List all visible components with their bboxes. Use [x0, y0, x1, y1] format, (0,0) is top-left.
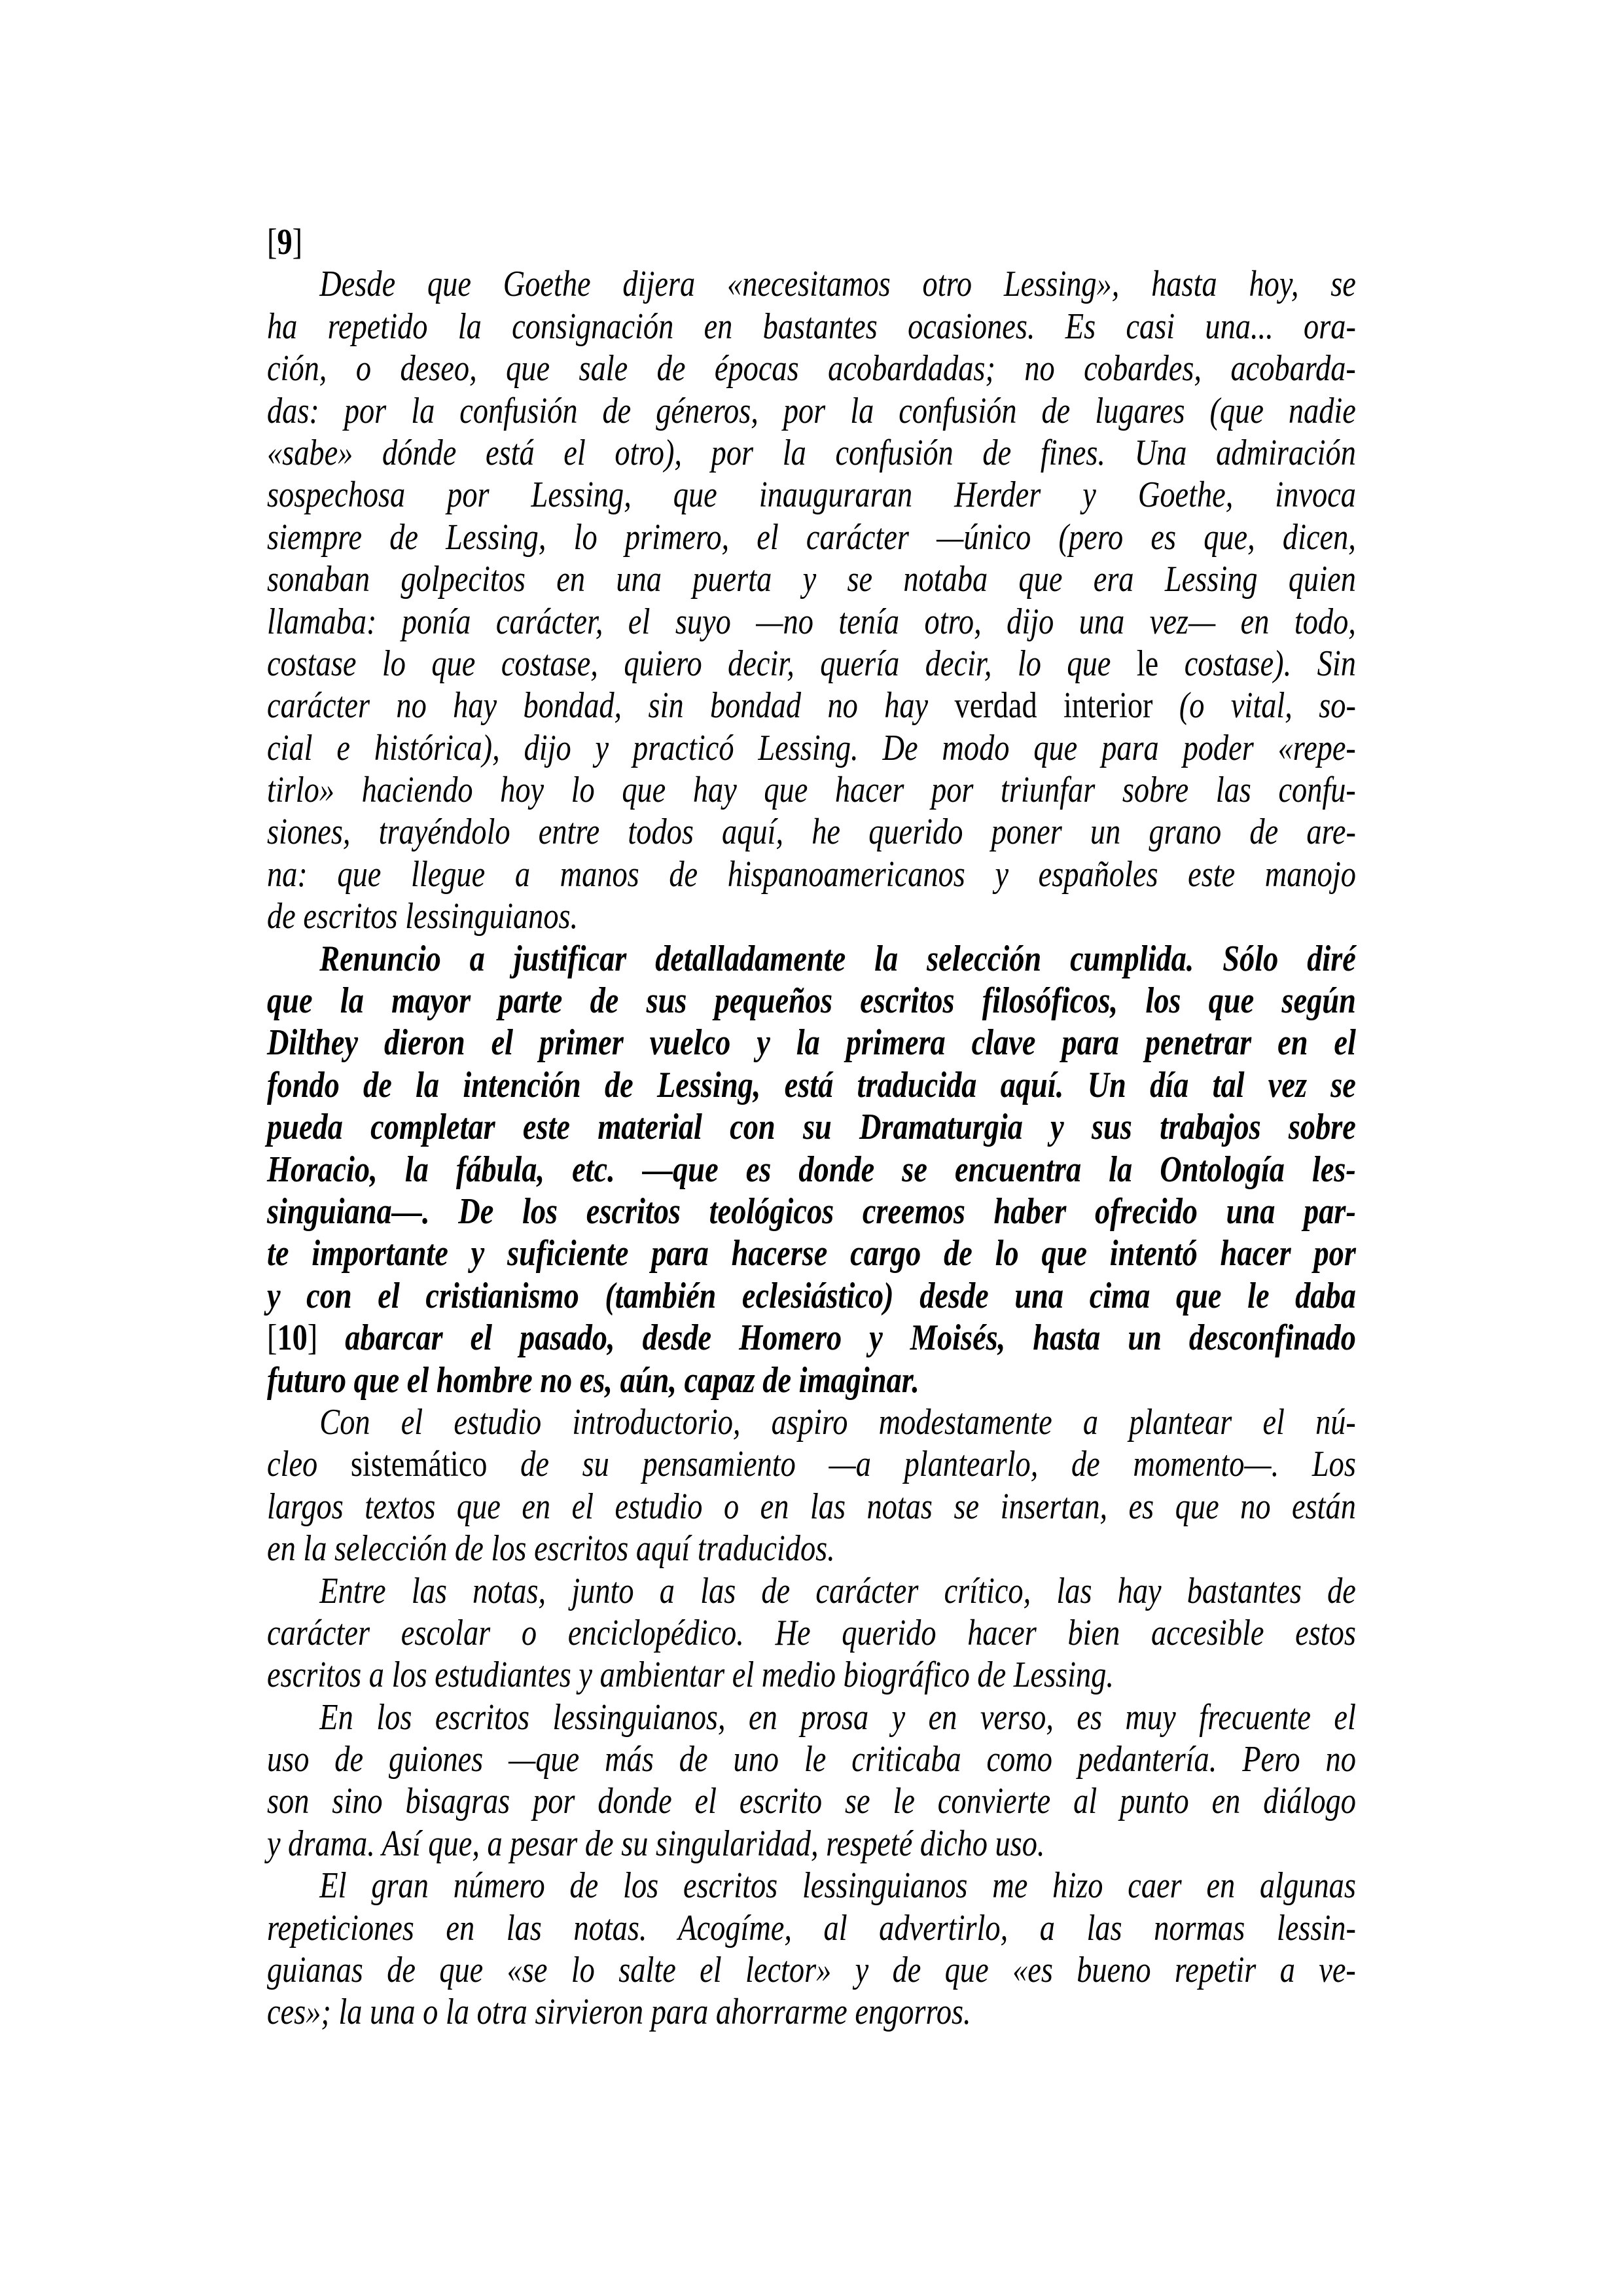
text-run: le	[1137, 643, 1158, 684]
text-run: que la mayor parte de sus pequeños escri…	[267, 980, 1356, 1021]
text-line: Desde que Goethe dijera «necesitamos otr…	[267, 263, 1356, 305]
text-line: llamaba: ponía carácter, el suyo —no ten…	[267, 601, 1356, 643]
text-run: sospechosa por Lessing, que inauguraran …	[267, 475, 1356, 515]
text-line: cleo sistemático de su pensamiento —a pl…	[267, 1443, 1356, 1485]
text-line: sospechosa por Lessing, que inauguraran …	[267, 474, 1356, 516]
text-line: Dilthey dieron el primer vuelco y la pri…	[267, 1022, 1356, 1064]
text-run: tirlo» haciendo hoy lo que hay que hacer…	[267, 770, 1356, 810]
text-line: son sino bisagras por donde el escrito s…	[267, 1780, 1356, 1822]
text-run: de su pensamiento —a plantearlo, de mome…	[487, 1444, 1355, 1484]
text-line: [10] abarcar el pasado, desde Homero y M…	[267, 1317, 1356, 1359]
text-line: siempre de Lessing, lo primero, el carác…	[267, 516, 1356, 558]
text-line: fondo de la intención de Lessing, está t…	[267, 1064, 1356, 1106]
text-run: [	[267, 1318, 277, 1358]
text-run: ha repetido la consignación en bastantes…	[267, 306, 1356, 347]
text-run: y drama. Así que, a pesar de su singular…	[267, 1823, 1044, 1864]
text-run: largos textos que en el estudio o en las…	[267, 1486, 1356, 1527]
text-run: singuiana—. De los escritos teológicos c…	[267, 1191, 1356, 1232]
text-line: ha repetido la consignación en bastantes…	[267, 306, 1356, 348]
text-run: Entre las notas, junto a las de carácter…	[319, 1571, 1356, 1611]
text-line: ción, o deseo, que sale de épocas acobar…	[267, 348, 1356, 389]
text-run: llamaba: ponía carácter, el suyo —no ten…	[267, 601, 1356, 642]
text-run: son sino bisagras por donde el escrito s…	[267, 1781, 1356, 1821]
text-run: Dilthey dieron el primer vuelco y la pri…	[267, 1022, 1356, 1063]
text-line: y con el cristianismo (también eclesiást…	[267, 1275, 1356, 1317]
text-run: Desde que Goethe dijera «necesitamos otr…	[319, 264, 1356, 304]
text-line: repeticiones en las notas. Acogíme, al a…	[267, 1907, 1356, 1949]
text-line: cial e histórica), dijo y practicó Lessi…	[267, 727, 1356, 769]
text-run: Renuncio a justificar detalladamente la …	[319, 939, 1356, 979]
text-run: futuro que el hombre no es, aún, capaz d…	[267, 1360, 919, 1401]
text-run: uso de guiones —que más de uno le critic…	[267, 1739, 1356, 1780]
text-line: guianas de que «se lo salte el lector» y…	[267, 1949, 1356, 1991]
text-line: carácter escolar o enciclopédico. He que…	[267, 1612, 1356, 1654]
text-line: carácter no hay bondad, sin bondad no ha…	[267, 685, 1356, 726]
text-run: Con el estudio introductorio, aspiro mod…	[319, 1402, 1356, 1443]
text-line: das: por la confusión de géneros, por la…	[267, 390, 1356, 432]
text-run: abarcar el pasado, desde Homero y Moisés…	[317, 1318, 1356, 1358]
text-run: Horacio, la fábula, etc. —que es donde s…	[267, 1149, 1356, 1190]
text-run: carácter no hay bondad, sin bondad no ha…	[267, 685, 955, 726]
text-run: na: que llegue a manos de hispanoamerica…	[267, 854, 1356, 895]
text-run: pueda completar este material con su Dra…	[267, 1107, 1356, 1147]
text-line: singuiana—. De los escritos teológicos c…	[267, 1191, 1356, 1232]
text-line: ces»; la una o la otra sirvieron para ah…	[267, 1991, 1356, 2033]
text-run: siones, trayéndolo entre todos aquí, he …	[267, 812, 1356, 852]
text-run: ]	[293, 222, 302, 262]
page-number-run: 9	[277, 222, 292, 262]
text-run: En los escritos lessinguianos, en prosa …	[319, 1697, 1356, 1738]
text-run: en la selección de los escritos aquí tra…	[267, 1528, 835, 1569]
text-run: y con el cristianismo (también eclesiást…	[267, 1276, 1356, 1316]
text-line: que la mayor parte de sus pequeños escri…	[267, 980, 1356, 1022]
text-run: guianas de que «se lo salte el lector» y…	[267, 1950, 1356, 1990]
text-line: escritos a los estudiantes y ambientar e…	[267, 1654, 1356, 1696]
text-line: te importante y suficiente para hacerse …	[267, 1232, 1356, 1274]
text-line: en la selección de los escritos aquí tra…	[267, 1528, 1356, 1570]
text-run: ción, o deseo, que sale de épocas acobar…	[267, 348, 1356, 389]
text-run: siempre de Lessing, lo primero, el carác…	[267, 517, 1356, 558]
text-line: pueda completar este material con su Dra…	[267, 1106, 1356, 1148]
text-line: El gran número de los escritos lessingui…	[267, 1865, 1356, 1907]
page-number-run: 10	[277, 1318, 307, 1358]
text-line: na: que llegue a manos de hispanoamerica…	[267, 853, 1356, 895]
text-run: ces»; la una o la otra sirvieron para ah…	[267, 1992, 971, 2032]
text-line: Renuncio a justificar detalladamente la …	[267, 938, 1356, 980]
text-line: sonaban golpecitos en una puerta y se no…	[267, 558, 1356, 600]
book-page: [9]Desde que Goethe dijera «necesitamos …	[0, 0, 1623, 2296]
text-line: Con el estudio introductorio, aspiro mod…	[267, 1401, 1356, 1443]
text-line: «sabe» dónde está el otro), por la confu…	[267, 432, 1356, 474]
text-block: [9]Desde que Goethe dijera «necesitamos …	[267, 221, 1356, 2034]
text-run: sistemático	[351, 1444, 488, 1484]
text-line: Horacio, la fábula, etc. —que es donde s…	[267, 1149, 1356, 1191]
text-run: fondo de la intención de Lessing, está t…	[267, 1065, 1356, 1105]
text-line: [9]	[267, 221, 1356, 263]
text-run: «sabe» dónde está el otro), por la confu…	[267, 433, 1356, 473]
text-line: futuro que el hombre no es, aún, capaz d…	[267, 1359, 1356, 1401]
text-run: costase). Sin	[1158, 643, 1356, 684]
text-line: tirlo» haciendo hoy lo que hay que hacer…	[267, 769, 1356, 811]
text-line: de escritos lessinguianos.	[267, 895, 1356, 937]
text-run: repeticiones en las notas. Acogíme, al a…	[267, 1908, 1356, 1948]
text-run: das: por la confusión de géneros, por la…	[267, 391, 1356, 431]
text-run: costase lo que costase, quiero decir, qu…	[267, 643, 1137, 684]
text-run: cleo	[267, 1444, 351, 1484]
text-run: escritos a los estudiantes y ambientar e…	[267, 1655, 1114, 1695]
text-run: carácter escolar o enciclopédico. He que…	[267, 1613, 1356, 1653]
text-run: [	[267, 222, 277, 262]
text-run: te importante y suficiente para hacerse …	[267, 1233, 1356, 1274]
text-line: En los escritos lessinguianos, en prosa …	[267, 1696, 1356, 1738]
text-run: (o vital, so-	[1152, 685, 1355, 726]
text-line: Entre las notas, junto a las de carácter…	[267, 1570, 1356, 1612]
text-line: costase lo que costase, quiero decir, qu…	[267, 643, 1356, 685]
text-line: siones, trayéndolo entre todos aquí, he …	[267, 811, 1356, 853]
text-line: y drama. Así que, a pesar de su singular…	[267, 1823, 1356, 1865]
text-run: cial e histórica), dijo y practicó Lessi…	[267, 728, 1356, 768]
text-run: de escritos lessinguianos.	[267, 896, 578, 937]
text-run: ]	[308, 1318, 317, 1358]
text-line: largos textos que en el estudio o en las…	[267, 1486, 1356, 1528]
text-run: verdad interior	[955, 685, 1153, 726]
text-line: uso de guiones —que más de uno le critic…	[267, 1738, 1356, 1780]
text-run: sonaban golpecitos en una puerta y se no…	[267, 559, 1356, 600]
text-run: El gran número de los escritos lessingui…	[319, 1865, 1356, 1906]
